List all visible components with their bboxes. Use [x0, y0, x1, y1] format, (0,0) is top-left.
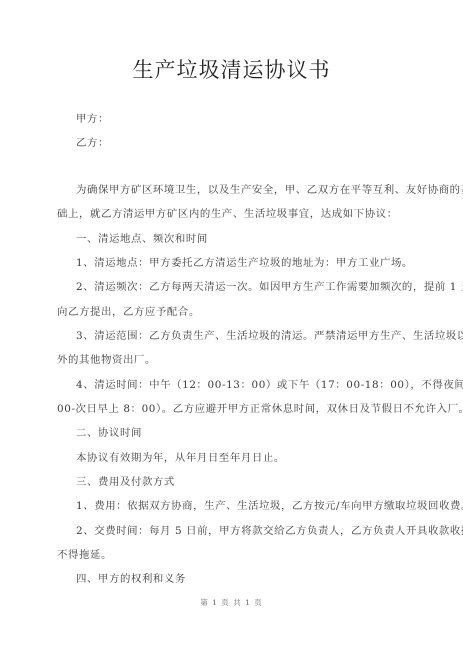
section-4-heading: 四、甲方的权利和义务 — [76, 572, 426, 586]
page-number-footer: 第 1 页 共 1 页 — [0, 597, 463, 608]
section-1-heading: 一、清运地点、频次和时间 — [76, 232, 426, 246]
document-page: 生产垃圾清运协议书 甲方： 乙方： 为确保甲方矿区环境卫生，以及生产安全，甲、乙… — [0, 0, 463, 655]
section-1-item-1: 1、清运地点：甲方委托乙方清运生产垃圾的地址为：甲方工业广场。 — [76, 256, 426, 270]
party-a-label: 甲方： — [76, 112, 426, 126]
section-1-item-3-line-2: 外的其他物资出厂。 — [57, 353, 407, 367]
intro-line-1: 为确保甲方矿区环境卫生，以及生产安全，甲、乙双方在平等互利、友好协商的基 — [76, 183, 426, 197]
section-1-item-2-line-2: 向乙方提出，乙方应予配合。 — [57, 305, 407, 319]
section-2-text: 本协议有效期为年，从年月日至年月日止。 — [76, 451, 426, 465]
intro-line-2: 础上，就乙方清运甲方矿区内的生产、生活垃圾事宜，达成如下协议： — [57, 207, 407, 221]
section-1-item-4-line-1: 4、清运时间：中午（12：00-13：00）或下午（17：00-18：00），不… — [76, 378, 426, 392]
party-b-label: 乙方： — [76, 136, 426, 150]
section-3-item-1: 1、费用：依据双方协商，生产、生活垃圾，乙方按元/车向甲方缴取垃圾回收费。 — [76, 499, 426, 513]
section-1-item-3-line-1: 3、清运范围：乙方负责生产、生活垃圾的清运。严禁清运甲方生产、生活垃圾以 — [76, 329, 426, 343]
section-1-item-2-line-1: 2、清运频次：乙方每两天清运一次。如因甲方生产工作需要加频次的，提前 1 天 — [76, 280, 426, 294]
section-1-item-4-line-2: 00-次日早上 8：00）。乙方应避开甲方正常休息时间，双休日及节假日不允许入厂… — [57, 402, 407, 416]
section-3-item-2-line-1: 2、交费时间：每月 5 日前，甲方将款交给乙方负责人，乙方负责人开具收款收据， — [76, 524, 426, 538]
section-2-heading: 二、协议时间 — [76, 426, 426, 440]
section-3-item-2-line-2: 不得拖延。 — [57, 548, 407, 562]
document-title: 生产垃圾清运协议书 — [0, 54, 463, 84]
section-3-heading: 三、费用及付款方式 — [76, 475, 426, 489]
